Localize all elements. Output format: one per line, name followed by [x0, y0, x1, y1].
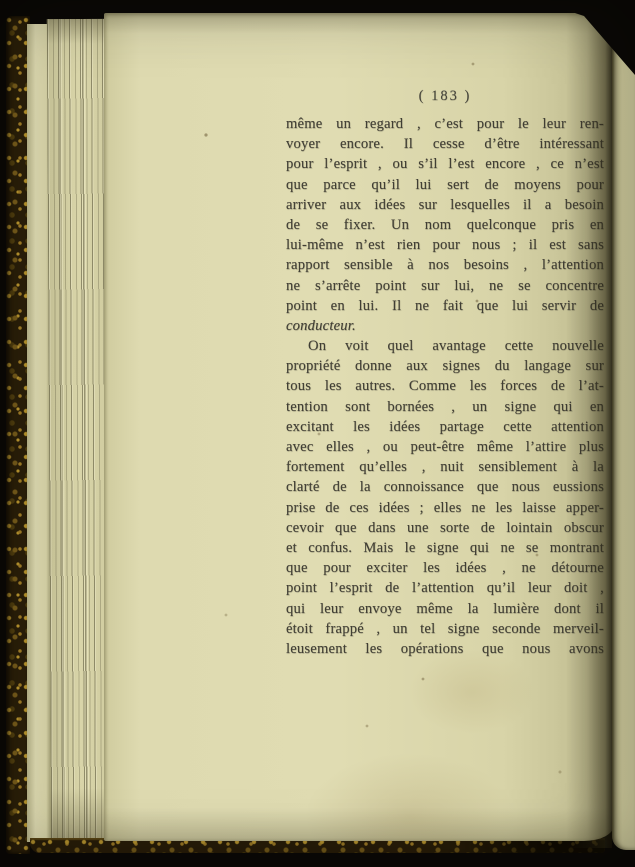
paper-specks — [104, 13, 106, 15]
text-line: lui-même n’est rien pour nous ; il est s… — [286, 235, 604, 255]
text-line: cevoir que dans une sorte de lointain ob… — [286, 518, 604, 538]
text-line: avec elles , ou peut-être même l’attire … — [286, 437, 604, 457]
text-line: arriver aux idées sur lesquelles il a be… — [286, 195, 604, 215]
text-line: ne s’arrête point sur lui, ne se concent… — [286, 276, 604, 296]
text-line: même un regard , c’est pour le leur ren- — [286, 114, 604, 134]
scanned-book-photo: { "page": { "header": "( 183 )", "lines"… — [0, 0, 635, 867]
text-line: que parce qu’il lui sert de moyens pour — [286, 175, 604, 195]
book-page: ( 183 ) même un regard , c’est pour le l… — [104, 13, 614, 841]
facing-page-edge — [612, 40, 635, 850]
text-line: et confus. Mais le signe qui ne se montr… — [286, 538, 604, 558]
text-line: tous les autres. Comme les forces de l’a… — [286, 376, 604, 396]
text-line: leusement les opérations que nous avons — [286, 639, 604, 659]
text-line: tention sont bornées , un signe qui en — [286, 397, 604, 417]
text-line: pour l’esprit , ou s’il l’est encore , c… — [286, 154, 604, 174]
text-line: de se fixer. Un nom quelconque pris en — [286, 215, 604, 235]
text-line: clarté de la connoissance que nous eussi… — [286, 477, 604, 497]
text-line: fortement qu’elles , nuit sensiblement à… — [286, 457, 604, 477]
page-text-block: même un regard , c’est pour le leur ren-… — [286, 114, 604, 659]
text-line: point l’esprit de l’attention qu’il leur… — [286, 578, 604, 598]
text-line: propriété donne aux signes du langage su… — [286, 356, 604, 376]
text-line: prise de ces idées ; elles ne les laisse… — [286, 498, 604, 518]
text-line: conducteur. — [286, 316, 604, 336]
text-line: rapport sensible à nos besoins , l’atten… — [286, 255, 604, 275]
text-line: On voit quel avantage cette nouvelle — [286, 336, 604, 356]
page-number: ( 183 ) — [286, 88, 604, 105]
text-line: point en lui. Il ne fait que lui servir … — [286, 296, 604, 316]
text-line: excitant les idées partage cette attenti… — [286, 417, 604, 437]
text-line: que pour exciter les idées , ne détourne — [286, 558, 604, 578]
book-scene: ( 183 ) même un regard , c’est pour le l… — [0, 0, 635, 867]
text-line: voyer encore. Il cesse d’être intéressan… — [286, 134, 604, 154]
text-line: étoit frappé , un tel signe seconde merv… — [286, 619, 604, 639]
text-line: qui leur envoye même la lumière dont il — [286, 599, 604, 619]
